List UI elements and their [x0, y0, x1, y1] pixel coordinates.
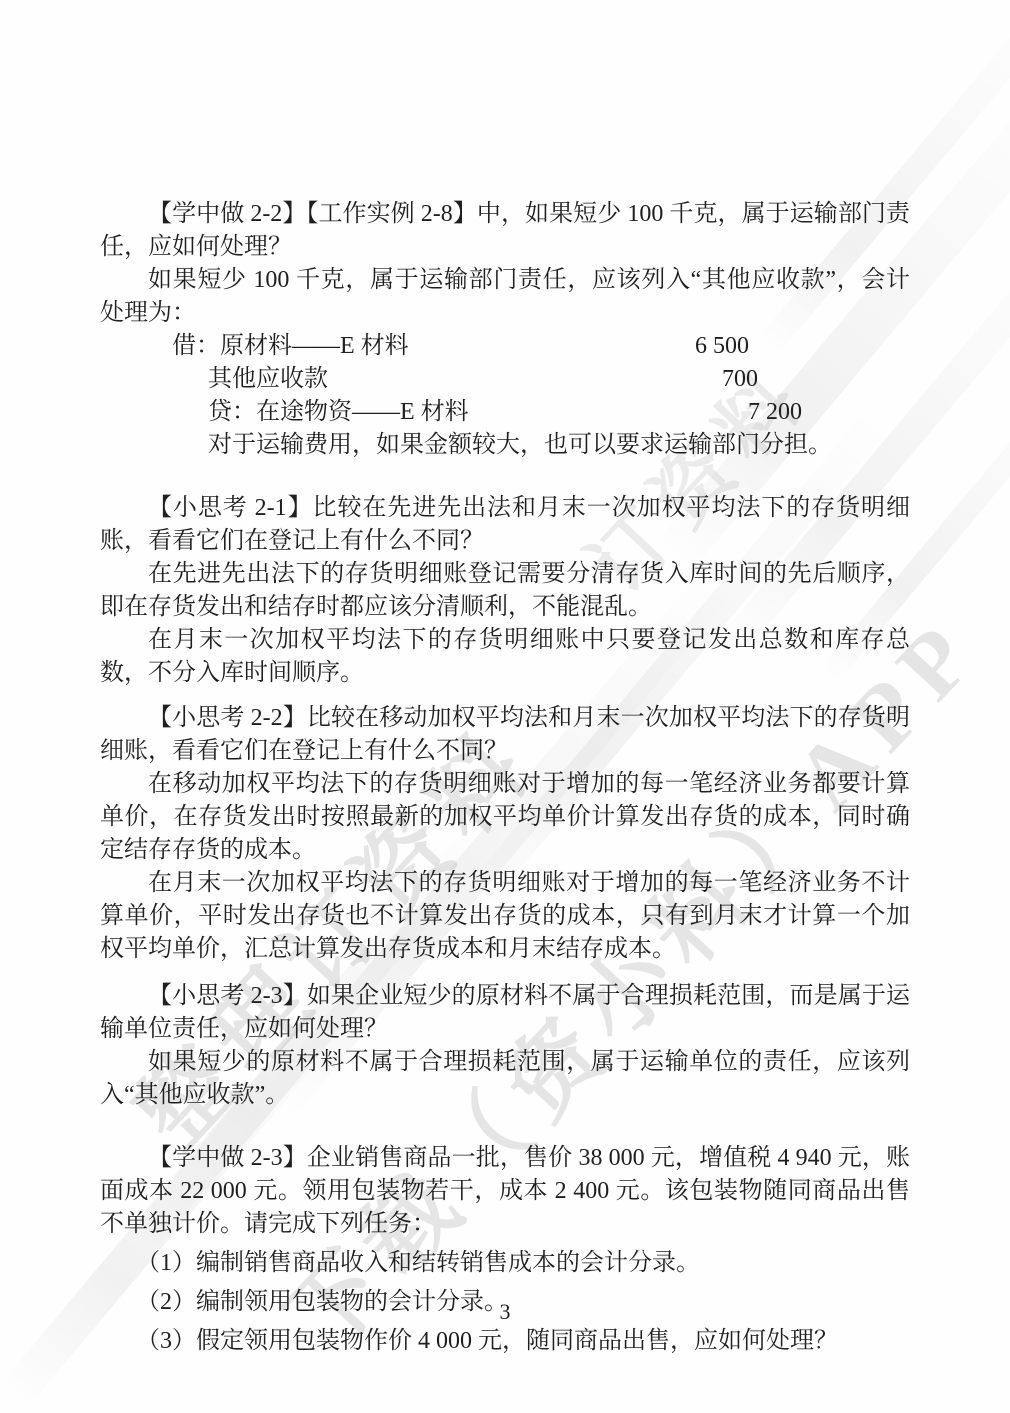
page-content: 【学中做 2-2】【工作实例 2-8】中，如果短少 100 千克，属于运输部门责… [100, 198, 910, 1358]
paragraph: 在月末一次加权平均法下的存货明细账中只要登记发出总数和库存总数，不分入库时间顺序… [100, 624, 910, 690]
document-page: 整理订资料 下载（资小料）APP 订资料 【学中做 2-2】【工作实例 2-8】… [0, 0, 1010, 1413]
section-heading: 【小思考 2-3】如果企业短少的原材料不属于合理损耗范围，而是属于运输单位责任，… [100, 980, 910, 1046]
section-xuezhongzuo-2-2: 【学中做 2-2】【工作实例 2-8】中，如果短少 100 千克，属于运输部门责… [100, 198, 910, 462]
section-heading: 【小思考 2-1】比较在先进先出法和月末一次加权平均法下的存货明细账，看看它们在… [100, 492, 910, 558]
task-item: （3）假定领用包装物作价 4 000 元，随同商品出售，应如何处理？ [100, 1325, 910, 1358]
section-heading: 【学中做 2-2】【工作实例 2-8】中，如果短少 100 千克，属于运输部门责… [100, 198, 910, 264]
journal-entry-label: 其他应收款 [208, 366, 328, 392]
journal-entry-amount: 6 500 [695, 330, 749, 363]
journal-entry-row: 贷：在途物资——E 材料 7 200 [100, 396, 910, 429]
paragraph: 在先进先出法下的存货明细账登记需要分清存货入库时间的先后顺序，即在存货发出和结存… [100, 558, 910, 624]
section-heading: 【小思考 2-2】比较在移动加权平均法和月末一次加权平均法下的存货明细账，看看它… [100, 702, 910, 768]
paragraph: 对于运输费用，如果金额较大，也可以要求运输部门分担。 [100, 429, 910, 462]
paragraph: 在月末一次加权平均法下的存货明细账对于增加的每一笔经济业务不计算单价，平时发出存… [100, 867, 910, 966]
journal-entry-row: 其他应收款 700 [100, 363, 910, 396]
section-heading: 【学中做 2-3】企业销售商品一批，售价 38 000 元，增值税 4 940 … [100, 1142, 910, 1241]
journal-entry-label: 贷：在途物资——E 材料 [208, 399, 469, 425]
paragraph: 在移动加权平均法下的存货明细账对于增加的每一笔经济业务都要计算单价，在存货发出时… [100, 768, 910, 867]
task-item: （1）编制销售商品收入和结转销售成本的会计分录。 [100, 1247, 910, 1280]
journal-entry-amount: 700 [722, 363, 758, 396]
page-number: 3 [0, 1298, 1010, 1326]
journal-entry-amount: 7 200 [748, 396, 802, 429]
paragraph: 如果短少的原材料不属于合理损耗范围，属于运输单位的责任，应该列入“其他应收款”。 [100, 1046, 910, 1112]
section-xiaosikao-2-1: 【小思考 2-1】比较在先进先出法和月末一次加权平均法下的存货明细账，看看它们在… [100, 492, 910, 690]
section-xiaosikao-2-2: 【小思考 2-2】比较在移动加权平均法和月末一次加权平均法下的存货明细账，看看它… [100, 702, 910, 966]
paragraph: 如果短少 100 千克，属于运输部门责任，应该列入“其他应收款”，会计处理为： [100, 264, 910, 330]
journal-entry-label: 借：原材料——E 材料 [172, 333, 409, 359]
journal-entry-row: 借：原材料——E 材料 6 500 [100, 330, 910, 363]
section-xiaosikao-2-3: 【小思考 2-3】如果企业短少的原材料不属于合理损耗范围，而是属于运输单位责任，… [100, 980, 910, 1112]
